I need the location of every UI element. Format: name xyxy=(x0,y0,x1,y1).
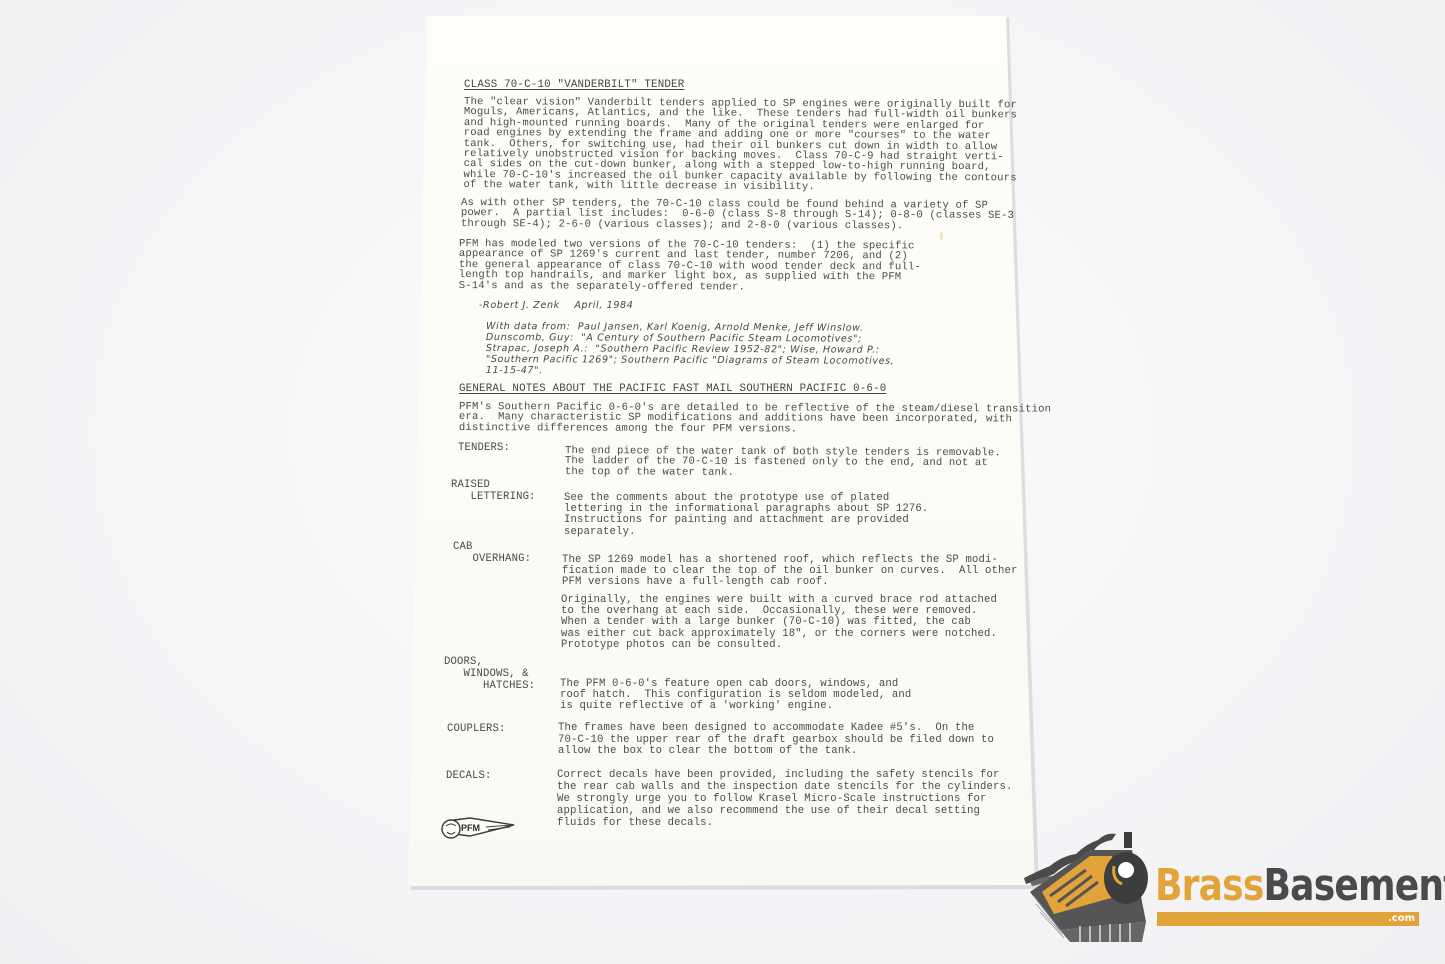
pfm-pennant-logo-icon: PFM xyxy=(440,812,516,844)
paragraph-vanderbilt-history: The "clear vision" Vanderbilt tenders ap… xyxy=(463,97,1017,194)
brand-domain-suffix: .com xyxy=(1388,912,1415,926)
brand-wordmark: BrassBasement xyxy=(1155,860,1445,912)
note-label-tenders: TENDERS: xyxy=(458,443,510,453)
note-label-decals: DECALS: xyxy=(446,771,492,781)
brand-word-basement: Basement xyxy=(1263,860,1445,911)
data-credits: With data from: Paul Jansen, Karl Koenig… xyxy=(486,321,895,378)
note-label-raised-lettering: RAISED LETTERING: xyxy=(451,479,536,503)
note-text-tenders: The end piece of the water tank of both … xyxy=(565,446,1001,480)
note-label-doors-windows-hatches: DOORS, WINDOWS, & HATCHES: xyxy=(444,656,535,692)
brand-underline-bar: .com xyxy=(1157,912,1419,926)
note-text-cab-overhang: The SP 1269 model has a shortened roof, … xyxy=(562,555,1018,589)
instruction-sheet: CLASS 70-C-10 "VANDERBILT" TENDER The "c… xyxy=(440,78,1000,858)
paragraph-pfm-versions: PFM has modeled two versions of the 70-C… xyxy=(459,239,921,293)
steam-locomotive-icon xyxy=(1020,826,1155,944)
note-text-decals: Correct decals have been provided, inclu… xyxy=(557,770,1013,830)
brand-word-brass: Brass xyxy=(1155,860,1263,911)
note-text-doors-windows-hatches: The PFM 0-6-0's feature open cab doors, … xyxy=(560,679,911,713)
section-heading-general-notes: GENERAL NOTES ABOUT THE PACIFIC FAST MAI… xyxy=(459,384,886,394)
note-label-couplers: COUPLERS: xyxy=(447,724,506,734)
svg-text:PFM: PFM xyxy=(461,823,480,833)
note-text-couplers: The frames have been designed to accommo… xyxy=(558,723,994,758)
author-signature: -Robert J. Zenk April, 1984 xyxy=(479,300,633,311)
note-text-raised-lettering: See the comments about the prototype use… xyxy=(564,493,928,538)
paragraph-sp-power-list: As with other SP tenders, the 70-C-10 cl… xyxy=(461,198,1014,232)
section-heading-vanderbilt-tender: CLASS 70-C-10 "VANDERBILT" TENDER xyxy=(464,80,684,90)
brass-basement-watermark: BrassBasement .com xyxy=(1020,826,1430,944)
note-label-cab-overhang: CAB OVERHANG: xyxy=(453,541,531,565)
note-text-cab-overhang-brace: Originally, the engines were built with … xyxy=(561,595,997,651)
paragraph-general-intro: PFM's Southern Pacific 0-6-0's are detai… xyxy=(459,402,1051,436)
